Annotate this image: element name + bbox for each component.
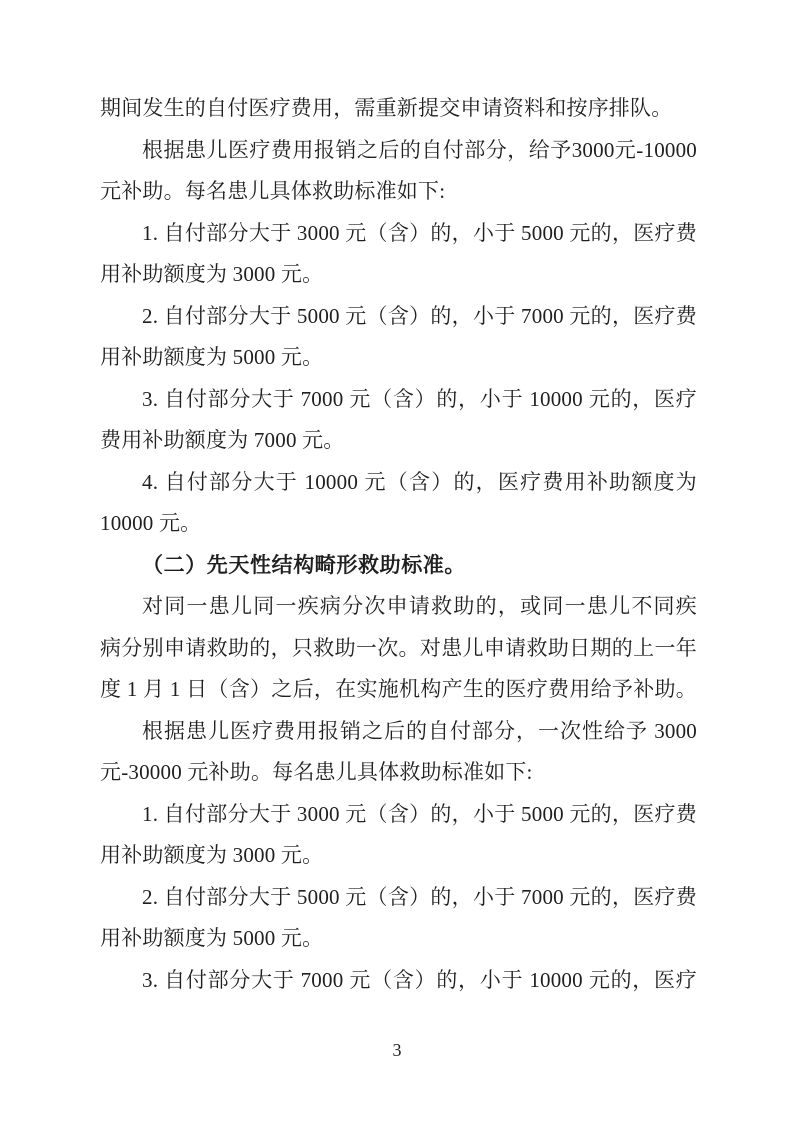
list-item-line: 1. 自付部分大于 3000 元（含）的，小于 5000 元的，医疗费 xyxy=(100,794,697,836)
list-item-line: 10000 元。 xyxy=(100,503,697,545)
list-item-line: 4. 自付部分大于 10000 元（含）的，医疗费用补助额度为 xyxy=(100,462,697,504)
list-item-line: 2. 自付部分大于 5000 元（含）的，小于 7000 元的，医疗费 xyxy=(100,877,697,919)
list-item-line: 用补助额度为 5000 元。 xyxy=(100,918,697,960)
list-item-line: 用补助额度为 3000 元。 xyxy=(100,254,697,296)
paragraph-line: 根据患儿医疗费用报销之后的自付部分，给予3000元-10000 xyxy=(100,130,697,172)
list-item-line: 费用补助额度为 7000 元。 xyxy=(100,420,697,462)
paragraph-line: 期间发生的自付医疗费用，需重新提交申请资料和按序排队。 xyxy=(100,88,697,130)
list-item-line: 2. 自付部分大于 5000 元（含）的，小于 7000 元的，医疗费 xyxy=(100,296,697,338)
document-page: 期间发生的自付医疗费用，需重新提交申请资料和按序排队。 根据患儿医疗费用报销之后… xyxy=(0,0,794,1123)
paragraph-line: 根据患儿医疗费用报销之后的自付部分，一次性给予 3000 xyxy=(100,711,697,753)
list-item-line: 3. 自付部分大于 7000 元（含）的，小于 10000 元的，医疗 xyxy=(100,379,697,421)
document-body: 期间发生的自付医疗费用，需重新提交申请资料和按序排队。 根据患儿医疗费用报销之后… xyxy=(100,88,697,1001)
list-item-line: 1. 自付部分大于 3000 元（含）的，小于 5000 元的，医疗费 xyxy=(100,213,697,255)
list-item-line: 用补助额度为 3000 元。 xyxy=(100,835,697,877)
paragraph-line: 元-30000 元补助。每名患儿具体救助标准如下: xyxy=(100,752,697,794)
paragraph-line: 元补助。每名患儿具体救助标准如下: xyxy=(100,171,697,213)
paragraph-line: 病分别申请救助的，只救助一次。对患儿申请救助日期的上一年 xyxy=(100,628,697,670)
paragraph-line: 对同一患儿同一疾病分次申请救助的，或同一患儿不同疾 xyxy=(100,586,697,628)
list-item-line: 用补助额度为 5000 元。 xyxy=(100,337,697,379)
section-heading: （二）先天性结构畸形救助标准。 xyxy=(100,545,697,587)
list-item-line: 3. 自付部分大于 7000 元（含）的，小于 10000 元的，医疗 xyxy=(100,960,697,1002)
page-number: 3 xyxy=(0,1038,794,1062)
paragraph-line: 度 1 月 1 日（含）之后，在实施机构产生的医疗费用给予补助。 xyxy=(100,669,697,711)
